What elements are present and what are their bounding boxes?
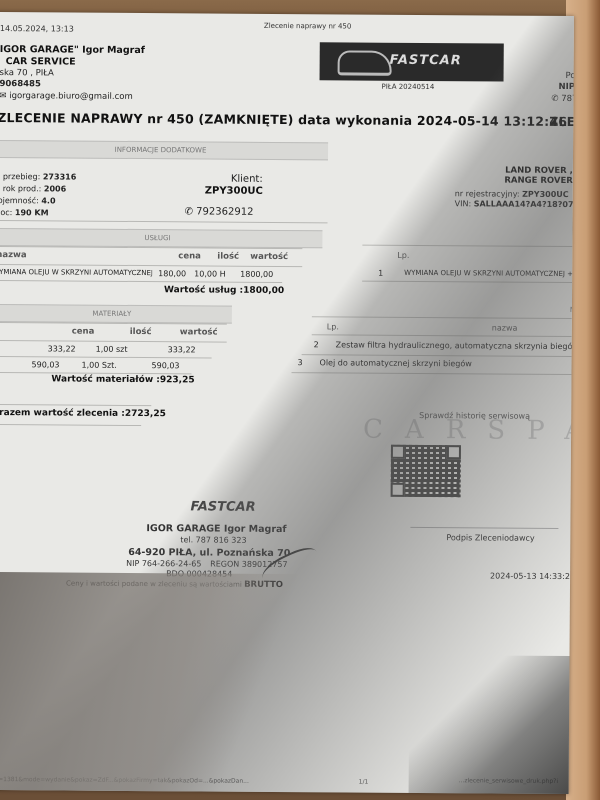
vin-row: VIN: SALLAAA14?A4?18?07	[455, 199, 574, 209]
repair-order-document: 14.05.2024, 13:13 Zlecenie naprawy nr 45…	[0, 12, 574, 794]
service-row-qty: 10,00 H	[194, 269, 226, 278]
company-address: ska 70 , PIŁA	[0, 68, 54, 78]
materials-right-col-name: nazwa	[492, 323, 518, 332]
stamp-tel: tel. 787 816 323	[180, 535, 246, 544]
stamp-bdo: BDO 000428454	[166, 569, 232, 578]
material-right-2-lp: 3	[298, 358, 303, 367]
print-datetime: 14.05.2024, 13:13	[0, 24, 74, 34]
photo-shadow-right	[408, 655, 574, 794]
services-right-col-lp: Lp.	[397, 251, 409, 260]
footer-url: id=1381&mode=wydanie&pokaz=ZdF...&pokazF…	[0, 776, 249, 785]
prices-note: Ceny i wartości podane w zleceniu są war…	[66, 579, 283, 591]
divider	[312, 334, 572, 337]
service-right-lp: 1	[378, 269, 383, 278]
order-title: ZLECENIE NAPRAWY nr 450 (ZAMKNIĘTE) data…	[0, 110, 567, 129]
material-right-1-lp: 2	[314, 340, 319, 349]
divider	[0, 220, 328, 223]
services-col-price: cena	[178, 251, 201, 261]
order-title-right: ZLECENI	[549, 114, 574, 129]
material-row-2-qty: 1,00 Szt.	[82, 361, 117, 370]
material-right-1-name: Zestaw filtra hydraulicznego, automatycz…	[336, 340, 574, 351]
service-right-name: WYMIANA OLEJU W SKRZYNI AUTOMATYCZNEJ + …	[404, 269, 574, 279]
divider	[302, 354, 572, 357]
footer-page: 1/1	[359, 779, 369, 786]
company-right-address: Pozna	[566, 71, 574, 81]
company-right-phone: ✆ 7878163	[551, 94, 574, 104]
mileage-row: przebieg: 273316	[3, 172, 76, 182]
client-label: Klient:	[231, 174, 263, 185]
section-materials: MATERIAŁY	[0, 304, 232, 324]
material-row-2-value: 590,03	[152, 361, 180, 370]
company-right-nip: NIP: 764	[558, 82, 574, 92]
fastcar-logo: FASTCAR	[320, 42, 504, 81]
divider	[0, 280, 282, 283]
service-row-name: WYMIANA OLEJU W SKRZYNI AUTOMATYCZNEJ + …	[0, 268, 152, 277]
client-name: ZPY300UC	[205, 185, 263, 196]
services-col-value: wartość	[250, 252, 288, 262]
signature-line	[410, 527, 558, 529]
divider	[0, 356, 212, 359]
photo-shadow	[0, 12, 574, 794]
divider	[362, 281, 572, 283]
vehicle-make-model: LAND ROVER , RANGE ROVER	[493, 165, 573, 186]
stamp-nip: NIP 764-266-24-65	[126, 559, 201, 569]
client-signature-label: Podpis Zleceniodawcy	[446, 533, 534, 543]
stamp-name: IGOR GARAGE Igor Magraf	[146, 523, 286, 535]
envelope-icon: ✉	[0, 91, 7, 101]
material-row-2-price: 590,03	[32, 360, 60, 369]
stamp-logo: FASTCAR	[190, 499, 255, 514]
qr-code[interactable]	[391, 445, 461, 497]
services-col-qty: ilość	[217, 252, 239, 262]
divider	[362, 245, 572, 247]
divider	[291, 372, 571, 375]
phone-icon: ✆	[185, 206, 193, 217]
registration-row: nr rejestracyjny: ZPY300UC	[455, 189, 569, 199]
materials-col-value: wartość	[180, 327, 218, 337]
services-total: Wartość usług :1800,00	[164, 285, 284, 296]
services-col-name: nazwa	[0, 250, 27, 260]
engine-row: pojemność: 4.0	[0, 196, 56, 205]
material-row-1-qty: 1,00 szt	[96, 345, 128, 354]
divider	[0, 340, 227, 343]
section-services: USŁUGI	[0, 228, 322, 248]
order-total: razem wartość zlecenia :2723,25	[0, 408, 166, 419]
car-logo-icon	[338, 50, 392, 75]
year-row: rok prod.: 2006	[3, 184, 66, 193]
company-phone: 9068485	[0, 79, 41, 89]
company-email: igorgarage.biuro@gmail.com	[9, 91, 133, 102]
service-row-value: 1800,00	[240, 270, 273, 279]
client-phone-row: ✆ 792362912	[185, 206, 254, 217]
service-row-price: 180,00	[158, 269, 186, 278]
footer-right-url: ...zlecenie_serwisowe_druk.php?i	[459, 777, 558, 785]
materials-col-qty: ilość	[130, 327, 152, 337]
photo-shadow-left	[0, 572, 320, 794]
phone-icon: ✆	[551, 94, 558, 104]
section-vehicle-info: INFORMACJE DODATKOWE	[0, 140, 328, 160]
divider	[0, 424, 141, 426]
company-name: IGOR GARAGE" Igor Magraf	[0, 44, 145, 56]
materials-right-col-lp: Lp.	[327, 322, 339, 331]
divider	[312, 316, 572, 319]
divider	[0, 404, 151, 406]
service-history-label: Sprawdź historię serwisową	[419, 411, 530, 421]
material-row-1-price: 333,22	[48, 344, 76, 353]
material-right-2-name: Olej do automatycznej skrzyni biegów	[320, 358, 472, 368]
signature-datetime: 2024-05-13 14:33:23	[490, 571, 574, 581]
divider	[0, 264, 302, 267]
material-row-1-value: 333,22	[168, 345, 196, 354]
power-row: moc: 190 KM	[0, 208, 49, 217]
company-email-row: ✉ igorgarage.biuro@gmail.com	[0, 91, 133, 102]
stamp-address: 64-920 PIŁA, ul. Poznańska 70	[128, 547, 290, 559]
materials-total: Wartość materiałów :923,25	[51, 374, 194, 385]
doc-ref: Zlecenie naprawy nr 450	[264, 22, 352, 31]
company-subtitle: CAR SERVICE	[6, 56, 76, 67]
logo-subtitle: PIŁA 20240514	[381, 83, 434, 91]
materials-col-price: cena	[72, 327, 95, 337]
